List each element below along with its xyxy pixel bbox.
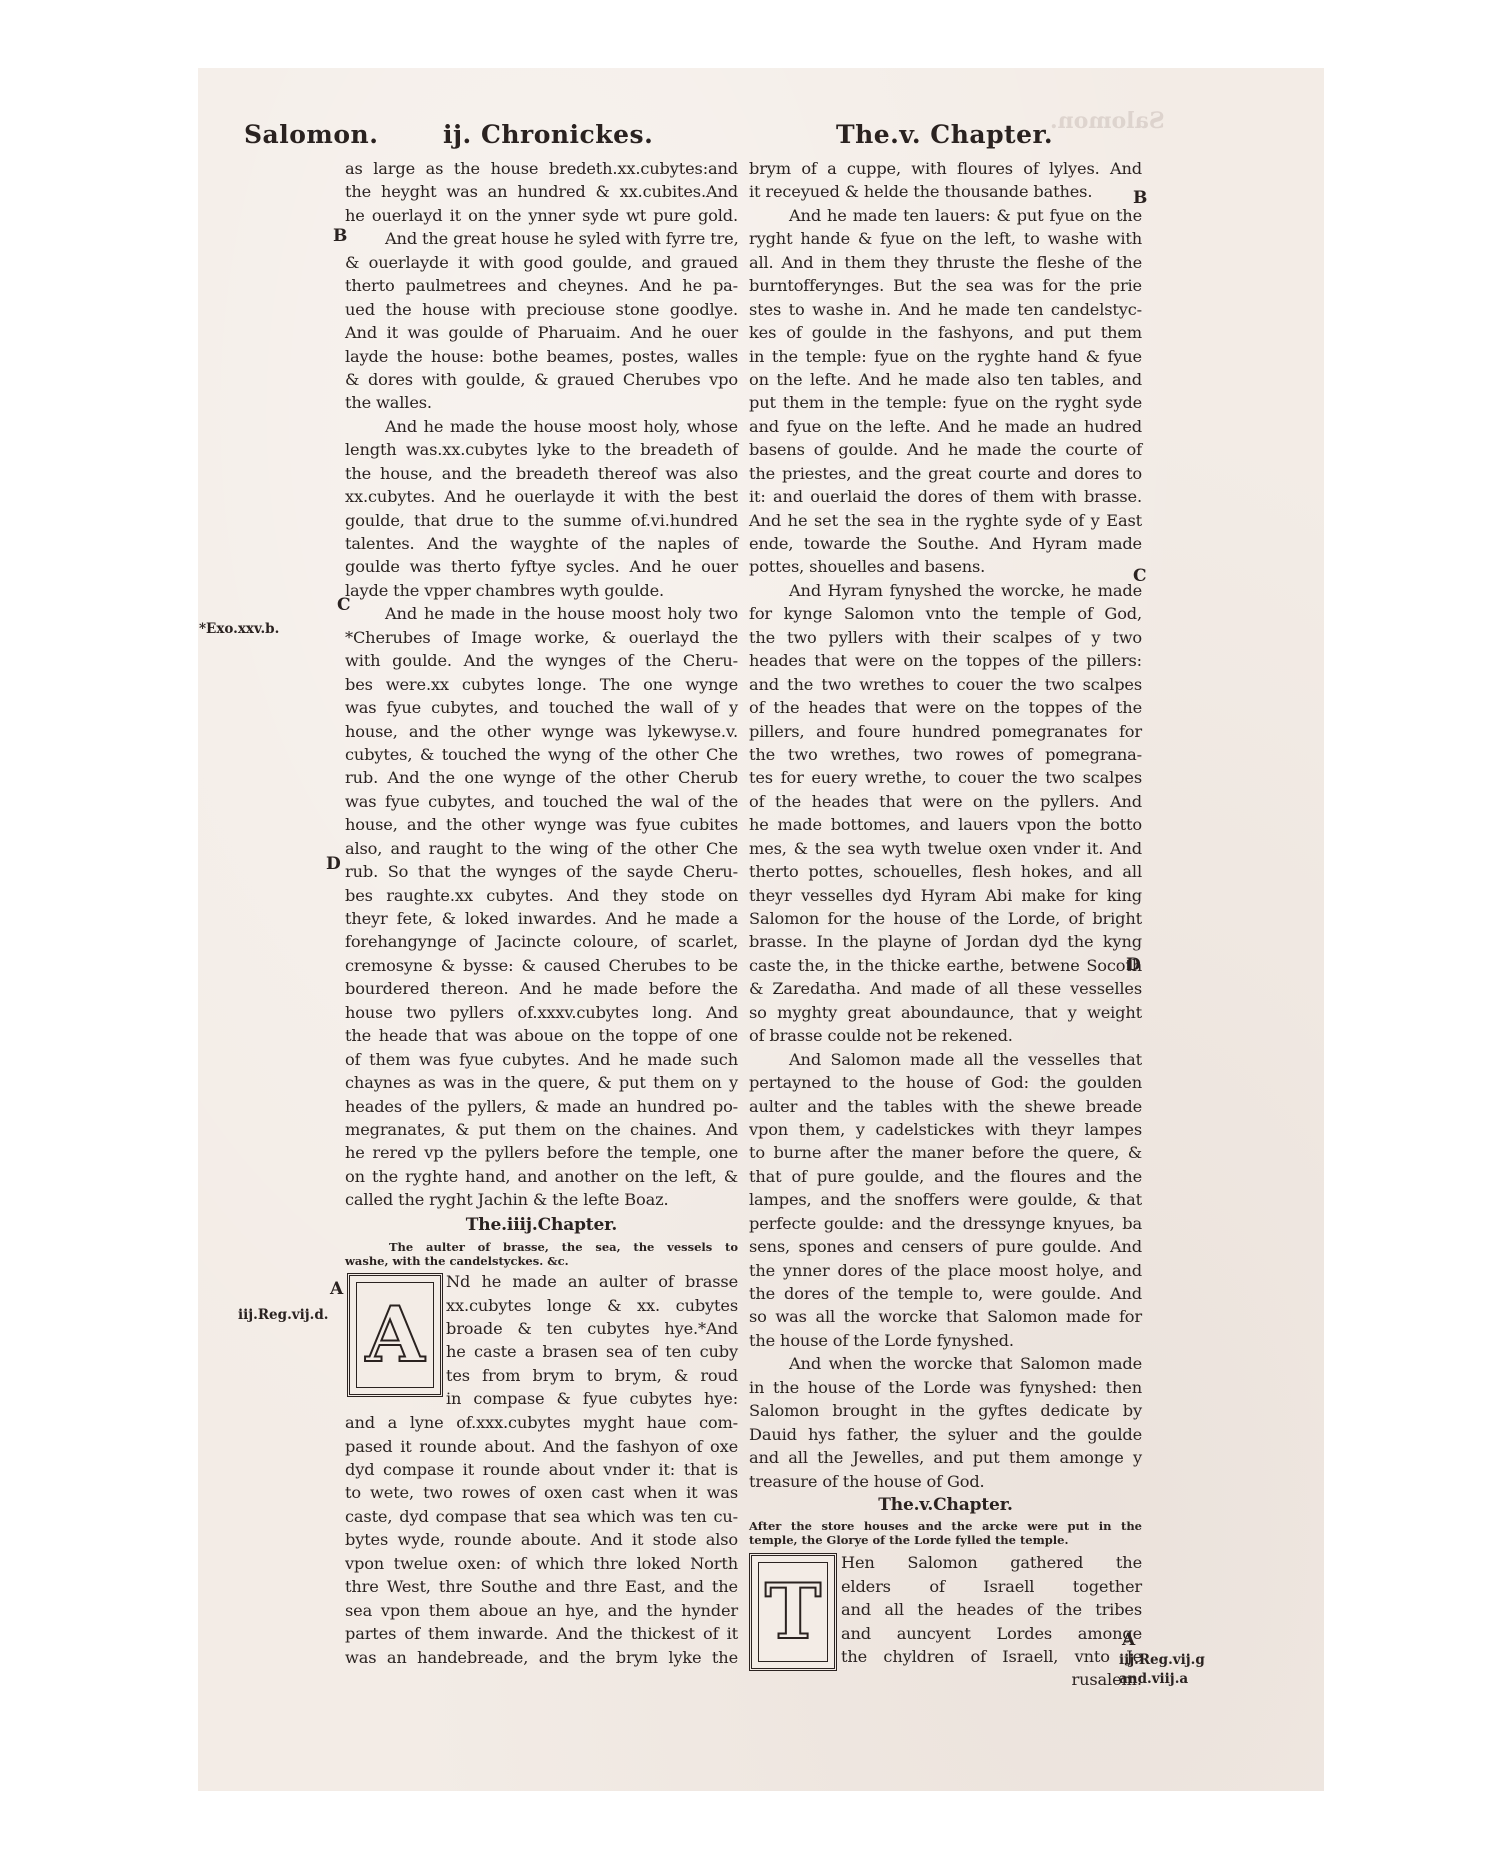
text-line: And he made the house moost holy, whose	[345, 415, 738, 438]
text-line: in compase & fyue cubytes hye:	[446, 1387, 738, 1410]
chapter-iiij-opening: A Nd he made an aulter of brassexx.cubyt…	[345, 1270, 738, 1411]
text-line: & dores with goulde, & graued Cherubes v…	[345, 368, 738, 391]
text-line: aulter and the tables with the shewe bre…	[749, 1095, 1142, 1118]
chapter-heading-iiij: The.iiij.Chapter.	[345, 1214, 738, 1237]
drop-initial-A: A	[347, 1273, 443, 1397]
chapter-v-summary: After the store houses and the arcke wer…	[749, 1519, 1142, 1547]
text-line: therto paulmetrees and cheynes. And he p…	[345, 274, 738, 297]
text-line: And he set the sea in the ryghte syde of…	[749, 509, 1142, 532]
text-line: dyd compase it rounde about vnder it: th…	[345, 1458, 738, 1481]
ornament-border	[758, 1562, 828, 1662]
text-line: all. And in them they thruste the fleshe…	[749, 251, 1142, 274]
text-line: elders of Israell together	[841, 1575, 1142, 1598]
summary-line: washe, with the candelstyckes. &c.	[345, 1254, 738, 1268]
text-line: tes from brym to brym, & roud	[446, 1364, 738, 1387]
left-column-bottom-text: and a lyne of.xxx.cubytes myght haue com…	[345, 1411, 738, 1669]
text-line: and all the heades of the tribes	[841, 1598, 1142, 1621]
text-line: And he made in the house moost holy two	[345, 602, 738, 625]
text-line: heades of the pyllers, & made an hundred…	[345, 1095, 738, 1118]
text-line: and fyue on the lefte. And he made an hu…	[749, 415, 1142, 438]
text-line: and all the Jewelles, and put them among…	[749, 1446, 1142, 1469]
text-line: also, and raught to the wing of the othe…	[345, 837, 738, 860]
text-line: in the temple: fyue on the ryghte hand &…	[749, 345, 1142, 368]
text-line: to burne after the maner before the quer…	[749, 1141, 1142, 1164]
text-line: pertayned to the house of God: the gould…	[749, 1071, 1142, 1094]
text-line: Salomon brought in the gyftes dedicate b…	[749, 1399, 1142, 1422]
margin-letter-C-left: C	[337, 595, 351, 615]
text-line: perfecte goulde: and the dressynge knyue…	[749, 1212, 1142, 1235]
text-line: burntofferynges. But the sea was for the…	[749, 274, 1142, 297]
text-line: bytes wyde, rounde aboute. And it stode …	[345, 1528, 738, 1551]
text-line: the two wrethes, two rowes of pomegrana-	[749, 743, 1142, 766]
drop-initial-T: T	[749, 1553, 837, 1671]
text-line: caste the, in the thicke earthe, betwene…	[749, 954, 1142, 977]
text-line: bes raughte.xx cubytes. And they stode o…	[345, 884, 738, 907]
summary-line: temple, the Glorye of the Lorde fylled t…	[749, 1533, 1142, 1547]
text-line: pillers, and foure hundred pomegranates …	[749, 720, 1142, 743]
text-line: kes of goulde in the fashyons, and put t…	[749, 321, 1142, 344]
text-line: Hen Salomon gathered the	[841, 1551, 1142, 1574]
text-line: basens of goulde. And he made the courte…	[749, 438, 1142, 461]
text-line: with goulde. And the wynges of the Cheru…	[345, 649, 738, 672]
text-line: vpon twelue oxen: of which thre loked No…	[345, 1552, 738, 1575]
text-line: lampes, and the snoffers were goulde, & …	[749, 1188, 1142, 1211]
text-line: the two pyllers with their scalpes of y …	[749, 626, 1142, 649]
text-line: brym of a cuppe, with floures of lylyes.…	[749, 157, 1142, 180]
book-page: Salomon. Salomon. ij. Chronickes. The.v.…	[198, 68, 1324, 1791]
text-line: of the heades that were on the pyllers. …	[749, 790, 1142, 813]
text-line: And Salomon made all the vesselles that	[749, 1048, 1142, 1071]
text-line: it receyued & helde the thousande bathes…	[749, 180, 1142, 203]
margin-reference-kings-left: iij.Reg.vij.d.	[238, 1307, 329, 1323]
text-beside-initial: Nd he made an aulter of brassexx.cubytes…	[446, 1270, 738, 1411]
text-line: of them was fyue cubytes. And he made su…	[345, 1048, 738, 1071]
text-line: and the two wrethes to couer the two sca…	[749, 673, 1142, 696]
text-line: the heade that was aboue on the toppe of…	[345, 1024, 738, 1047]
margin-letter-D-left: D	[326, 854, 341, 874]
text-line: sens, spones and censers of pure goulde.…	[749, 1235, 1142, 1258]
text-line: ende, towarde the Southe. And Hyram made	[749, 532, 1142, 555]
text-line: therto pottes, schouelles, flesh hokes, …	[749, 860, 1142, 883]
text-line: And the great house he syled with fyrre …	[345, 227, 738, 250]
left-column-top-text: as large as the house bredeth.xx.cubytes…	[345, 157, 738, 1212]
show-through-running-head: Salomon.	[1050, 108, 1165, 134]
text-line: pased it rounde about. And the fashyon o…	[345, 1435, 738, 1458]
text-line: chaynes as was in the quere, & put them …	[345, 1071, 738, 1094]
text-line: called the ryght Jachin & the lefte Boaz…	[345, 1188, 738, 1211]
text-line: was an handebreade, and the brym lyke th…	[345, 1646, 738, 1669]
text-line: ued the house with preciouse stone goodl…	[345, 298, 738, 321]
text-line: theyr fete, & loked inwardes. And he mad…	[345, 907, 738, 930]
text-line: so myghty great aboundaunce, that y weig…	[749, 1001, 1142, 1024]
book-title: ij. Chronickes.	[443, 120, 653, 149]
text-line: of the heades that were on the toppes of…	[749, 696, 1142, 719]
right-column-top-text: brym of a cuppe, with floures of lylyes.…	[749, 157, 1142, 1493]
text-line: he rered vp the pyllers before the templ…	[345, 1141, 738, 1164]
text-line: the priestes, and the great courte and d…	[749, 462, 1142, 485]
text-line: he ouerlayd it on the ynner syde wt pure…	[345, 204, 738, 227]
text-line: And when the worcke that Salomon made	[749, 1352, 1142, 1375]
margin-letter-A-right: A	[1122, 1630, 1135, 1650]
text-line: of brasse coulde not be rekened.	[749, 1024, 1142, 1047]
text-line: cremosyne & bysse: & caused Cherubes to …	[345, 954, 738, 977]
text-line: put them in the temple: fyue on the rygh…	[749, 391, 1142, 414]
text-line: layde the house: bothe beames, postes, w…	[345, 345, 738, 368]
margin-reference-exodus: *Exo.xxv.b.	[199, 621, 279, 637]
text-line: rub. So that the wynges of the sayde Che…	[345, 860, 738, 883]
summary-line: After the store houses and the arcke wer…	[749, 1519, 1142, 1533]
text-line: broade & ten cubytes hye.*And	[446, 1317, 738, 1340]
text-line: Dauid hys father, the syluer and the gou…	[749, 1423, 1142, 1446]
text-line: house, and the other wynge was fyue cubi…	[345, 813, 738, 836]
chapter-heading-v: The.v.Chapter.	[749, 1494, 1142, 1517]
margin-letter-B-right: B	[1133, 188, 1147, 208]
running-head-left: Salomon.	[244, 120, 378, 149]
chapter-v-opening: T Hen Salomon gathered theelders of Isra…	[749, 1551, 1142, 1668]
text-line: mes, & the sea wyth twelue oxen vnder it…	[749, 837, 1142, 860]
text-line: caste, dyd compase that sea which was te…	[345, 1505, 738, 1528]
text-line: brasse. In the playne of Jordan dyd the …	[749, 930, 1142, 953]
text-line: the heyght was an hundred & xx.cubites.A…	[345, 180, 738, 203]
text-line: he made bottomes, and lauers vpon the bo…	[749, 813, 1142, 836]
text-line: for kynge Salomon vnto the temple of God…	[749, 602, 1142, 625]
text-line: megranates, & put them on the chaines. A…	[345, 1118, 738, 1141]
chapter-running-head: The.v. Chapter.	[836, 120, 1053, 149]
margin-letter-B-left: B	[333, 226, 347, 246]
text-line: to wete, two rowes of oxen cast when it …	[345, 1481, 738, 1504]
text-line: was fyue cubytes, and touched the wal of…	[345, 790, 738, 813]
text-line: so was all the worcke that Salomon made …	[749, 1305, 1142, 1328]
text-line: rub. And the one wynge of the other Cher…	[345, 766, 738, 789]
text-line: and a lyne of.xxx.cubytes myght haue com…	[345, 1411, 738, 1434]
text-line: bourdered thereon. And he made before th…	[345, 977, 738, 1000]
chapter-iiij-summary: The aulter of brasse, the sea, the vesse…	[345, 1240, 738, 1268]
text-line: And Hyram fynyshed the worcke, he made	[749, 579, 1142, 602]
margin-reference-kings-right-2: and.viij.a	[1119, 1671, 1188, 1687]
text-line: in the house of the Lorde was fynyshed: …	[749, 1376, 1142, 1399]
text-line: cubytes, & touched the wyng of the other…	[345, 743, 738, 766]
text-line: & ouerlayde it with good goulde, and gra…	[345, 251, 738, 274]
text-line: the house of the Lorde fynyshed.	[749, 1329, 1142, 1352]
left-column: as large as the house bredeth.xx.cubytes…	[345, 157, 738, 1669]
text-line: the house, and the breadeth thereof was …	[345, 462, 738, 485]
text-line: goulde was therto fyftye sycles. And he …	[345, 555, 738, 578]
text-line: he caste a brasen sea of ten cuby	[446, 1340, 738, 1363]
text-line: goulde, that drue to the summe of.vi.hun…	[345, 509, 738, 532]
text-line: layde the vpper chambres wyth goulde.	[345, 579, 738, 602]
text-line: it: and ouerlaid the dores of them with …	[749, 485, 1142, 508]
text-line: the ynner dores of the place moost holye…	[749, 1259, 1142, 1282]
text-line: stes to washe in. And he made ten candel…	[749, 298, 1142, 321]
text-line: the chyldren of Israell, vnto Je	[841, 1645, 1142, 1668]
text-line: partes of them inwarde. And the thickest…	[345, 1622, 738, 1645]
text-line: on the ryghte hand, and another on the l…	[345, 1165, 738, 1188]
text-line: as large as the house bredeth.xx.cubytes…	[345, 157, 738, 180]
text-line: Nd he made an aulter of brasse	[446, 1270, 738, 1293]
text-line: heades that were on the toppes of the pi…	[749, 649, 1142, 672]
right-column: brym of a cuppe, with floures of lylyes.…	[749, 157, 1142, 1692]
text-line: sea vpon them aboue an hye, and the hynd…	[345, 1599, 738, 1622]
text-line: the walles.	[345, 391, 738, 414]
text-line: treasure of the house of God.	[749, 1470, 1142, 1493]
text-line: house, and the other wynge was lykewyse.…	[345, 720, 738, 743]
text-line: ryght hande & fyue on the left, to washe…	[749, 227, 1142, 250]
text-beside-initial: Hen Salomon gathered theelders of Israel…	[841, 1551, 1142, 1668]
text-line: bes were.xx cubytes longe. The one wynge	[345, 673, 738, 696]
text-line: that of pure goulde, and the floures and…	[749, 1165, 1142, 1188]
margin-letter-C-right: C	[1133, 566, 1147, 586]
text-line: tes for euery wrethe, to couer the two s…	[749, 766, 1142, 789]
text-line: theyr vesselles dyd Hyram Abi make for k…	[749, 884, 1142, 907]
text-line: vpon them, y cadelstickes with theyr lam…	[749, 1118, 1142, 1141]
text-line: length was.xx.cubytes lyke to the breade…	[345, 438, 738, 461]
ornament-border	[356, 1282, 434, 1388]
text-line: & Zaredatha. And made of all these vesse…	[749, 977, 1142, 1000]
text-line: and auncyent Lordes amonge	[841, 1622, 1142, 1645]
text-line: And it was goulde of Pharuaim. And he ou…	[345, 321, 738, 344]
text-line: thre West, thre Southe and thre East, an…	[345, 1575, 738, 1598]
text-line: And he made ten lauers: & put fyue on th…	[749, 204, 1142, 227]
text-line: pottes, shouelles and basens.	[749, 555, 1142, 578]
text-line: *Cherubes of Image worke, & ouerlayd the	[345, 626, 738, 649]
text-line: on the lefte. And he made also ten table…	[749, 368, 1142, 391]
text-line: house two pyllers of.xxxv.cubytes long. …	[345, 1001, 738, 1024]
text-line: the dores of the temple to, were goulde.…	[749, 1282, 1142, 1305]
text-line: talentes. And the wayghte of the naples …	[345, 532, 738, 555]
summary-line: The aulter of brasse, the sea, the vesse…	[345, 1240, 738, 1254]
text-line: Salomon for the house of the Lorde, of b…	[749, 907, 1142, 930]
text-line: was fyue cubytes, and touched the wall o…	[345, 696, 738, 719]
margin-letter-D-right: D	[1126, 955, 1141, 975]
margin-letter-A-left: A	[330, 1279, 343, 1299]
text-line: xx.cubytes. And he ouerlayde it with the…	[345, 485, 738, 508]
closing-line: rusalem:	[749, 1668, 1142, 1691]
text-line: forehangynge of Jacincte coloure, of sca…	[345, 930, 738, 953]
text-line: xx.cubytes longe & xx. cubytes	[446, 1294, 738, 1317]
margin-reference-kings-right-1: iij.Reg.vij.g	[1119, 1652, 1205, 1668]
